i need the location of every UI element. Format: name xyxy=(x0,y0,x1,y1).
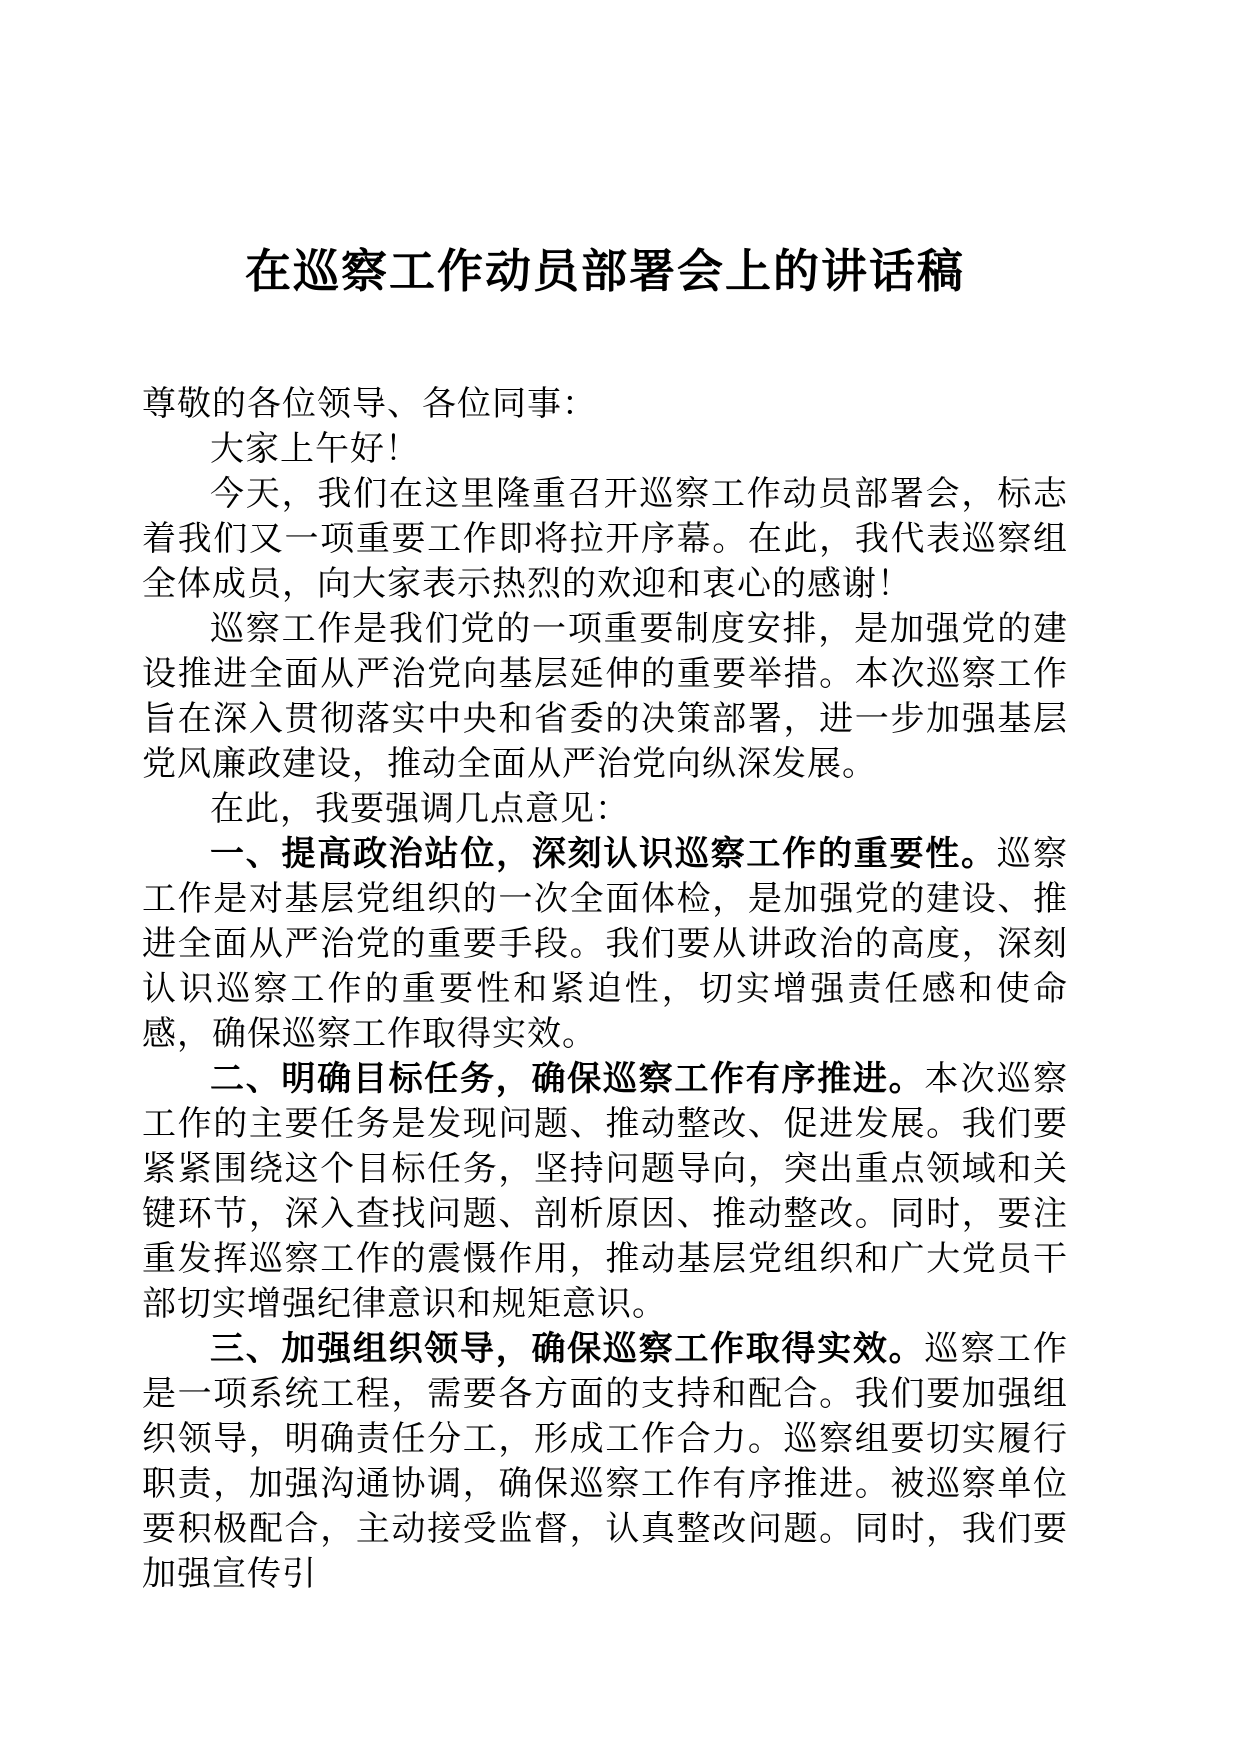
salutation-line: 尊敬的各位领导、各位同事： xyxy=(142,382,1068,427)
paragraph-opening: 今天，我们在这里隆重召开巡察工作动员部署会，标志着我们又一项重要工作即将拉开序幕… xyxy=(142,472,1068,607)
paragraph-background: 巡察工作是我们党的一项重要制度安排，是加强党的建设推进全面从严治党向基层延伸的重… xyxy=(142,607,1068,787)
document-body: 尊敬的各位领导、各位同事： 大家上午好！ 今天，我们在这里隆重召开巡察工作动员部… xyxy=(142,382,1068,1597)
paragraph-section-3: 三、加强组织领导，确保巡察工作取得实效。巡察工作是一项系统工程，需要各方面的支持… xyxy=(142,1327,1068,1597)
section-3-heading: 三、加强组织领导，确保巡察工作取得实效。 xyxy=(210,1330,924,1368)
paragraph-section-2: 二、明确目标任务，确保巡察工作有序推进。本次巡察工作的主要任务是发现问题、推动整… xyxy=(142,1057,1068,1327)
section-2-heading: 二、明确目标任务，确保巡察工作有序推进。 xyxy=(210,1060,924,1098)
paragraph-transition: 在此，我要强调几点意见： xyxy=(142,787,1068,832)
document-content: 在巡察工作动员部署会上的讲话稿 尊敬的各位领导、各位同事： 大家上午好！ 今天，… xyxy=(142,240,1068,1597)
section-3-text: 巡察工作是一项系统工程，需要各方面的支持和配合。我们要加强组织领导，明确责任分工… xyxy=(142,1331,1068,1593)
section-1-heading: 一、提高政治站位，深刻认识巡察工作的重要性。 xyxy=(210,835,997,873)
paragraph-greeting: 大家上午好！ xyxy=(142,427,1068,472)
paragraph-section-1: 一、提高政治站位，深刻认识巡察工作的重要性。巡察工作是对基层党组织的一次全面体检… xyxy=(142,832,1068,1057)
section-2-text: 本次巡察工作的主要任务是发现问题、推动整改、促进发展。我们要紧紧围绕这个目标任务… xyxy=(142,1061,1068,1323)
document-page: 在巡察工作动员部署会上的讲话稿 尊敬的各位领导、各位同事： 大家上午好！ 今天，… xyxy=(0,0,1240,1754)
document-title: 在巡察工作动员部署会上的讲话稿 xyxy=(142,240,1068,304)
